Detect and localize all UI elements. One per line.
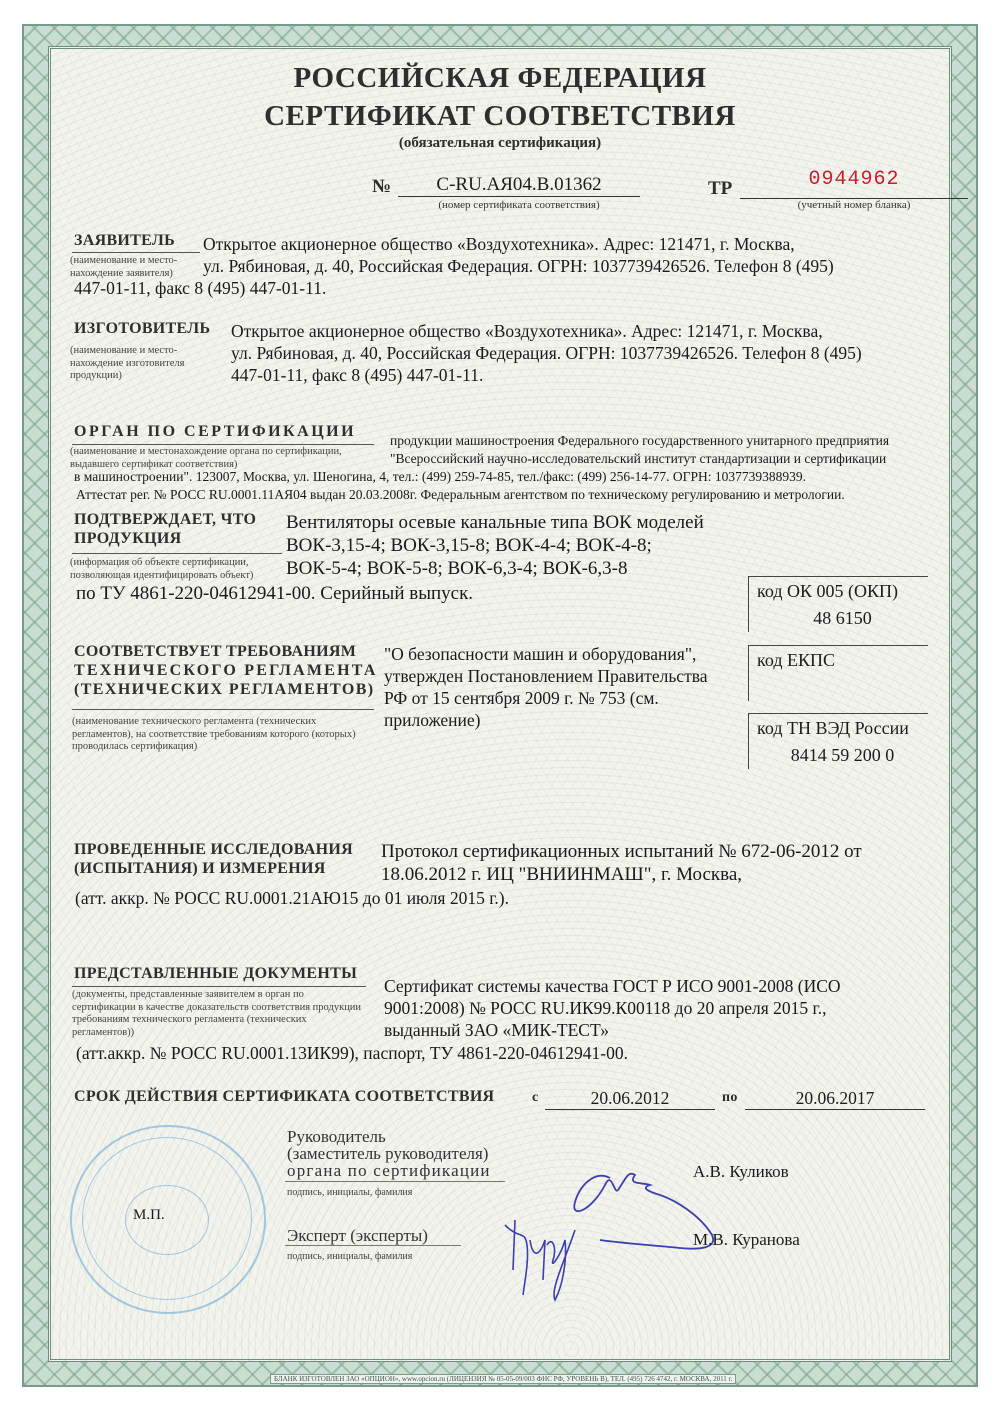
code-okp-value: 48 6150 — [757, 608, 928, 629]
regulation-rule — [72, 709, 374, 710]
certification-body-rule — [72, 444, 374, 445]
product-line-1: Вентиляторы осевые канальные типа ВОК мо… — [286, 511, 704, 534]
tests-heading-1: ПРОВЕДЕННЫЕ ИССЛЕДОВАНИЯ — [74, 841, 353, 859]
product-line-2: ВОК-3,15-4; ВОК-3,15-8; ВОК-4-4; ВОК-4-8… — [286, 534, 652, 557]
product-line-3: ВОК-5-4; ВОК-5-8; ВОК-6,3-4; ВОК-6,3-8 — [286, 557, 627, 580]
product-line-4: по ТУ 4861-220-04612941-00. Серийный вып… — [76, 582, 473, 605]
code-okp-label: код ОК 005 (ОКП) — [757, 581, 928, 602]
applicant-heading: ЗАЯВИТЕЛЬ — [74, 232, 175, 250]
signature-expert — [495, 1200, 615, 1310]
head-name: А.В. Куликов — [693, 1162, 789, 1182]
form-number: 0944962 — [740, 168, 968, 191]
expert-rule — [285, 1245, 461, 1246]
documents-line-2: 9001:2008) № РОСС RU.ИК99.К00118 до 20 а… — [384, 997, 826, 1019]
code-box-okp: код ОК 005 (ОКП) 48 6150 — [748, 576, 928, 632]
documents-line-1: Сертификат системы качества ГОСТ Р ИСО 9… — [384, 975, 841, 997]
documents-line-4: (атт.аккр. № РОСС RU.0001.13ИК99), паспо… — [76, 1042, 628, 1064]
expert-label: Эксперт (эксперты) — [287, 1227, 428, 1244]
applicant-line-3: 447-01-11, факс 8 (495) 447-01-11. — [74, 277, 326, 299]
head-label-3: органа по сертификации — [287, 1162, 491, 1179]
product-note: (информация об объекте сертификации, поз… — [70, 557, 285, 582]
tests-line-1: Протокол сертификационных испытаний № 67… — [381, 840, 862, 863]
manufacturer-heading: ИЗГОТОВИТЕЛЬ — [74, 320, 210, 338]
manufacturer-line-1: Открытое акционерное общество «Воздухоте… — [231, 320, 823, 342]
tests-heading-2: (ИСПЫТАНИЯ) И ИЗМЕРЕНИЯ — [74, 860, 326, 878]
tests-line-3: (атт. аккр. № РОСС RU.0001.21АЮ15 до 01 … — [75, 887, 509, 909]
applicant-line-2: ул. Рябиновая, д. 40, Российская Федерац… — [203, 255, 834, 277]
code-ekps-label: код ЕКПС — [757, 650, 928, 671]
documents-line-3: выданный ЗАО «МИК-ТЕСТ» — [384, 1019, 609, 1041]
regulation-heading-3: (ТЕХНИЧЕСКИХ РЕГЛАМЕНТОВ) — [74, 681, 375, 699]
head-label-1: Руководитель — [287, 1128, 386, 1145]
validity-from-label: с — [532, 1090, 539, 1106]
product-rule — [72, 553, 282, 554]
form-number-caption: (учетный номер бланка) — [740, 199, 968, 211]
regulation-line-4: приложение) — [384, 709, 480, 731]
manufacturer-line-3: 447-01-11, факс 8 (495) 447-01-11. — [231, 364, 483, 386]
form-imprint: БЛАНК ИЗГОТОВЛЕН ЗАО «ОПЦИОН», www.opcio… — [270, 1374, 736, 1384]
expert-name: М.В. Куранова — [693, 1230, 800, 1250]
certification-body-line-1: продукции машиностроения Федерального го… — [390, 432, 889, 450]
certification-body-line-3: в машиностроении". 123007, Москва, ул. Ш… — [74, 468, 806, 486]
validity-heading: СРОК ДЕЙСТВИЯ СЕРТИФИКАТА СООТВЕТСТВИЯ — [74, 1088, 494, 1106]
documents-rule — [72, 986, 366, 987]
code-box-tnved: код ТН ВЭД России 8414 59 200 0 — [748, 713, 928, 769]
certification-body-line-4: Аттестат рег. № РОСС RU.0001.11АЯ04 выда… — [76, 486, 845, 504]
certificate-number-caption: (номер сертификата соответствия) — [398, 199, 640, 211]
certificate-number: С-RU.АЯ04.В.01362 — [398, 174, 640, 197]
applicant-line-1: Открытое акционерное общество «Воздухоте… — [203, 233, 795, 255]
validity-to-label: по — [722, 1090, 738, 1106]
manufacturer-note: (наименование и место-нахождение изготов… — [70, 345, 202, 383]
country-title: РОССИЙСКАЯ ФЕДЕРАЦИЯ — [0, 62, 1000, 95]
head-rule — [285, 1181, 505, 1182]
product-heading-1: ПОДТВЕРЖДАЕТ, ЧТО — [74, 511, 256, 529]
head-label-2: (заместитель руководителя) — [287, 1145, 488, 1162]
regulation-line-3: РФ от 15 сентября 2009 г. № 753 (см. — [384, 687, 659, 709]
code-tnved-label: код ТН ВЭД России — [757, 718, 928, 739]
stamp-label: М.П. — [133, 1207, 165, 1224]
expert-note: подпись, инициалы, фамилия — [287, 1251, 412, 1262]
document-subtitle: (обязательная сертификация) — [0, 135, 1000, 152]
product-heading-2: ПРОДУКЦИЯ — [74, 530, 181, 548]
certification-body-heading: ОРГАН ПО СЕРТИФИКАЦИИ — [74, 423, 356, 441]
form-label: ТР — [708, 178, 732, 200]
code-box-ekps: код ЕКПС — [748, 645, 928, 701]
certification-body-line-2: "Всероссийский научно-исследовательский … — [390, 450, 886, 468]
code-tnved-value: 8414 59 200 0 — [757, 745, 928, 766]
applicant-rule — [72, 252, 200, 253]
regulation-line-2: утвержден Постановлением Правительства — [384, 665, 708, 687]
document-title: СЕРТИФИКАТ СООТВЕТСТВИЯ — [0, 100, 1000, 133]
head-note: подпись, инициалы, фамилия — [287, 1187, 412, 1198]
number-label: № — [372, 176, 391, 198]
documents-note: (документы, представленные заявителем в … — [72, 989, 368, 1039]
manufacturer-line-2: ул. Рябиновая, д. 40, Российская Федерац… — [231, 342, 862, 364]
validity-to-date: 20.06.2017 — [745, 1088, 925, 1110]
validity-from-date: 20.06.2012 — [545, 1088, 715, 1110]
documents-heading: ПРЕДСТАВЛЕННЫЕ ДОКУМЕНТЫ — [74, 965, 357, 983]
regulation-heading-2: ТЕХНИЧЕСКОГО РЕГЛАМЕНТА — [74, 662, 378, 680]
regulation-note: (наименование технического регламента (т… — [72, 716, 372, 754]
tests-line-2: 18.06.2012 г. ИЦ "ВНИИНМАШ", г. Москва, — [381, 863, 742, 886]
regulation-line-1: "О безопасности машин и оборудования", — [384, 643, 696, 665]
regulation-heading-1: СООТВЕТСТВУЕТ ТРЕБОВАНИЯМ — [74, 643, 356, 661]
